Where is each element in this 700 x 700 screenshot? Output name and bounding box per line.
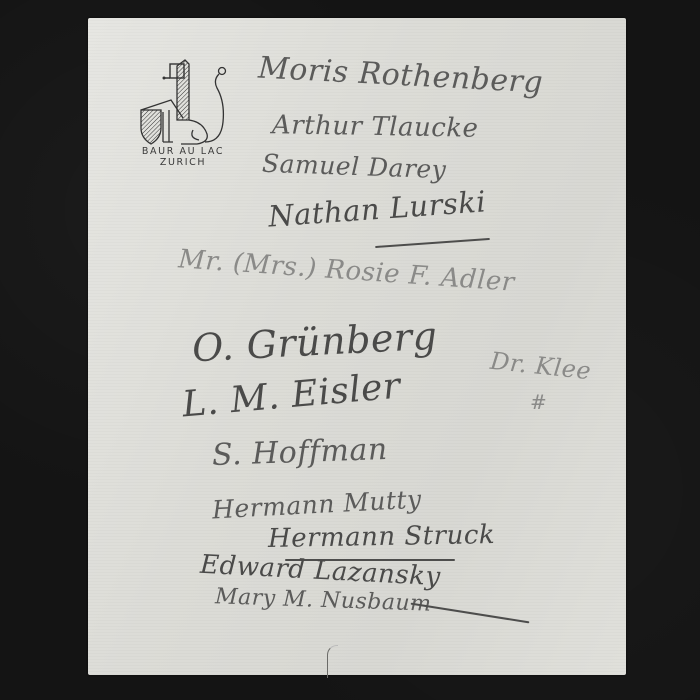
signature-12: Hermann Struck	[268, 520, 496, 554]
letterhead-line-1: BAUR AU LAC	[128, 146, 238, 157]
letterhead-text: BAUR AU LAC ZURICH	[128, 146, 238, 168]
letterhead-line-2: ZURICH	[128, 157, 238, 168]
signature-2: Arthur Tlaucke	[272, 110, 479, 144]
paper-tear	[327, 645, 338, 678]
signature-10: S. Hoffman	[211, 432, 388, 473]
signature-8: #	[530, 390, 547, 414]
